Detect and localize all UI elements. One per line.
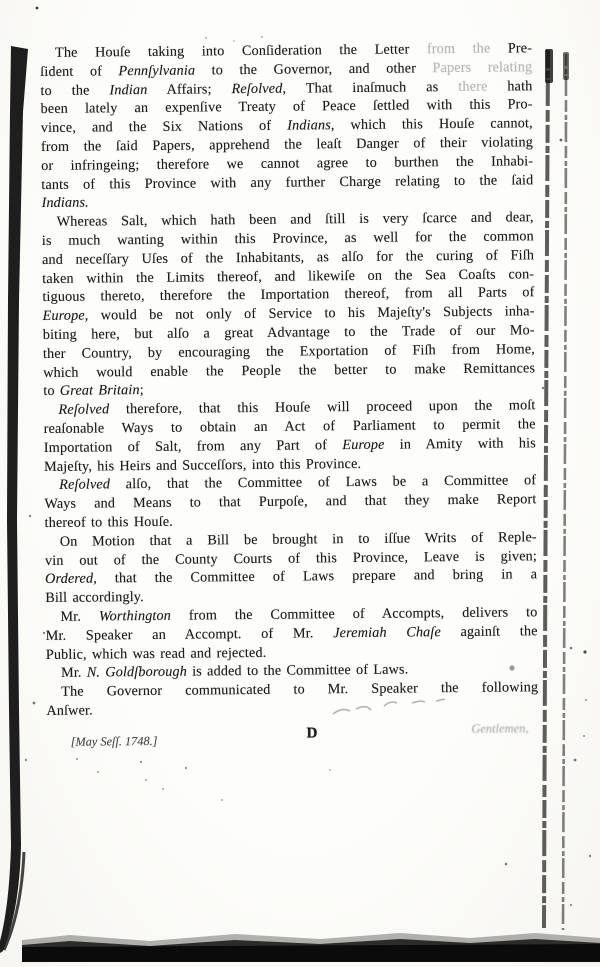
text-segment: againſt the xyxy=(441,623,538,640)
text-segment: Pennſylvania xyxy=(118,62,195,79)
text-segment: On Motion that a Bill be brought in to i… xyxy=(60,529,537,550)
text-segment: Europe, xyxy=(43,308,89,324)
text-segment: in Amity with his xyxy=(384,435,536,452)
text-segment: to the Governor, and other xyxy=(195,60,433,78)
text-segment: Whereas Salt, which hath been and ſtill … xyxy=(57,209,534,230)
text-segment: thereof to this Houſe. xyxy=(45,514,174,531)
bottom-edge-speckle xyxy=(22,933,600,947)
text-segment: which would enable the People the better… xyxy=(43,360,535,381)
text-segment: tants of this Province with any further … xyxy=(41,172,533,193)
text-segment: that the Committee of Laws prepare and b… xyxy=(97,567,537,587)
text-segment: Mr. Speaker an Accompt. of Mr. xyxy=(46,625,334,644)
catchword: Gentlemen, xyxy=(471,721,528,737)
text-segment: Reſolved xyxy=(58,401,109,417)
text-segment: N. Goldſborough xyxy=(87,664,187,681)
text-segment: there xyxy=(458,78,487,94)
text-segment: therefore, that this Houſe will proceed … xyxy=(109,397,535,417)
text-segment: That inaſmuch as xyxy=(286,79,458,97)
text-segment: from the ſaid Papers, apprehend the leaſ… xyxy=(41,134,533,155)
paragraph: Reſolved therefore, that this Houſe will… xyxy=(43,396,536,476)
text-segment: Ordered, xyxy=(45,571,97,587)
printer-signature-mark: D xyxy=(307,725,318,742)
text-segment: is much wanting within this Province, as… xyxy=(42,228,534,249)
paragraph: The Governor communicated to Mr. Speaker… xyxy=(46,678,538,720)
text-segment: Jeremiah Chaſe xyxy=(333,624,441,641)
text-segment: Indians. xyxy=(41,195,88,211)
text-segment: biting here, but alſo a great Advantage … xyxy=(43,322,535,343)
text-segment: Majeſty, his Heirs and Succeſſors, into … xyxy=(44,455,361,474)
text-segment: hath xyxy=(487,78,532,94)
session-note: [May Seſſ. 1748.] xyxy=(71,734,158,750)
text-segment: Mr. xyxy=(60,608,99,624)
paragraph: Mr. Worthington from the Committee of Ac… xyxy=(45,603,538,664)
document-text: The Houſe taking into Conſideration the … xyxy=(40,39,539,765)
text-segment: Public, which was read and rejected. xyxy=(46,644,267,662)
text-segment: The Governor communicated to Mr. Speaker… xyxy=(61,679,538,700)
text-segment: from the xyxy=(427,41,491,58)
paragraph: Whereas Salt, which hath been and ſtill … xyxy=(42,208,536,401)
text-segment: ſident of xyxy=(40,63,118,80)
corner-curl-mark xyxy=(4,852,24,950)
text-segment: to xyxy=(43,383,60,399)
text-segment: Great Britain xyxy=(60,382,140,399)
paragraph: The Houſe taking into Conſideration the … xyxy=(40,39,534,213)
text-segment: or infringeing; therefore we cannot agre… xyxy=(41,153,533,174)
text-segment: Mr. xyxy=(61,665,87,681)
text-segment: is added to the Committee of Laws. xyxy=(187,662,409,680)
text-segment: , which this Houſe cannot, xyxy=(331,115,533,133)
text-segment: Indians xyxy=(287,117,331,133)
text-segment: Importation of Salt, from any Part of xyxy=(44,437,343,456)
text-segment: Worthington xyxy=(99,608,171,625)
left-binding-band xyxy=(0,46,28,953)
page-footer: [May Seſſ. 1748.]DGentlemen, xyxy=(47,721,539,766)
text-segment: Ways and Means to that Purpoſe, and that… xyxy=(44,491,536,512)
text-segment: reaſonable Ways to obtain an Act of Parl… xyxy=(44,416,536,437)
text-segment: vince, and the Six Nations of xyxy=(41,118,288,136)
text-segment: The Houſe taking into Conſideration the … xyxy=(55,41,427,61)
text-segment: from the Committee of Accompts, delivers… xyxy=(171,604,538,624)
right-gutter-streak-2 xyxy=(563,54,566,930)
text-segment: Anſwer. xyxy=(46,702,93,718)
text-segment: Bill accordingly. xyxy=(45,589,144,606)
bottom-edge-band xyxy=(22,939,600,962)
text-segment: Reſolved, xyxy=(232,80,287,97)
text-segment: Europe xyxy=(342,436,384,452)
text-segment: Papers relating xyxy=(432,59,532,76)
scanned-document-page: The Houſe taking into Conſideration the … xyxy=(0,0,600,967)
paragraph: Reſolved alſo, that the Committee of Law… xyxy=(44,472,537,533)
paragraph: On Motion that a Bill be brought in to i… xyxy=(45,528,538,608)
text-segment: and neceſſary Uſes of the Inhabitants, a… xyxy=(42,247,534,268)
right-streak-blob-2 xyxy=(563,52,569,80)
text-segment: ; xyxy=(140,382,144,398)
right-gutter-streak xyxy=(544,50,548,928)
text-segment: to the xyxy=(40,82,109,99)
text-segment: Indian xyxy=(109,82,147,98)
text-segment: Affairs; xyxy=(147,81,231,98)
text-segment: Reſolved xyxy=(59,477,110,493)
text-segment: would be not only of Service to his Maje… xyxy=(88,303,534,323)
text-segment: alſo, that the Committee of Laws be a Co… xyxy=(110,473,536,493)
right-streak-blob xyxy=(545,49,553,83)
text-segment: ther Country, by encouraging the Exporta… xyxy=(43,341,535,362)
text-segment: Pre- xyxy=(490,40,532,56)
